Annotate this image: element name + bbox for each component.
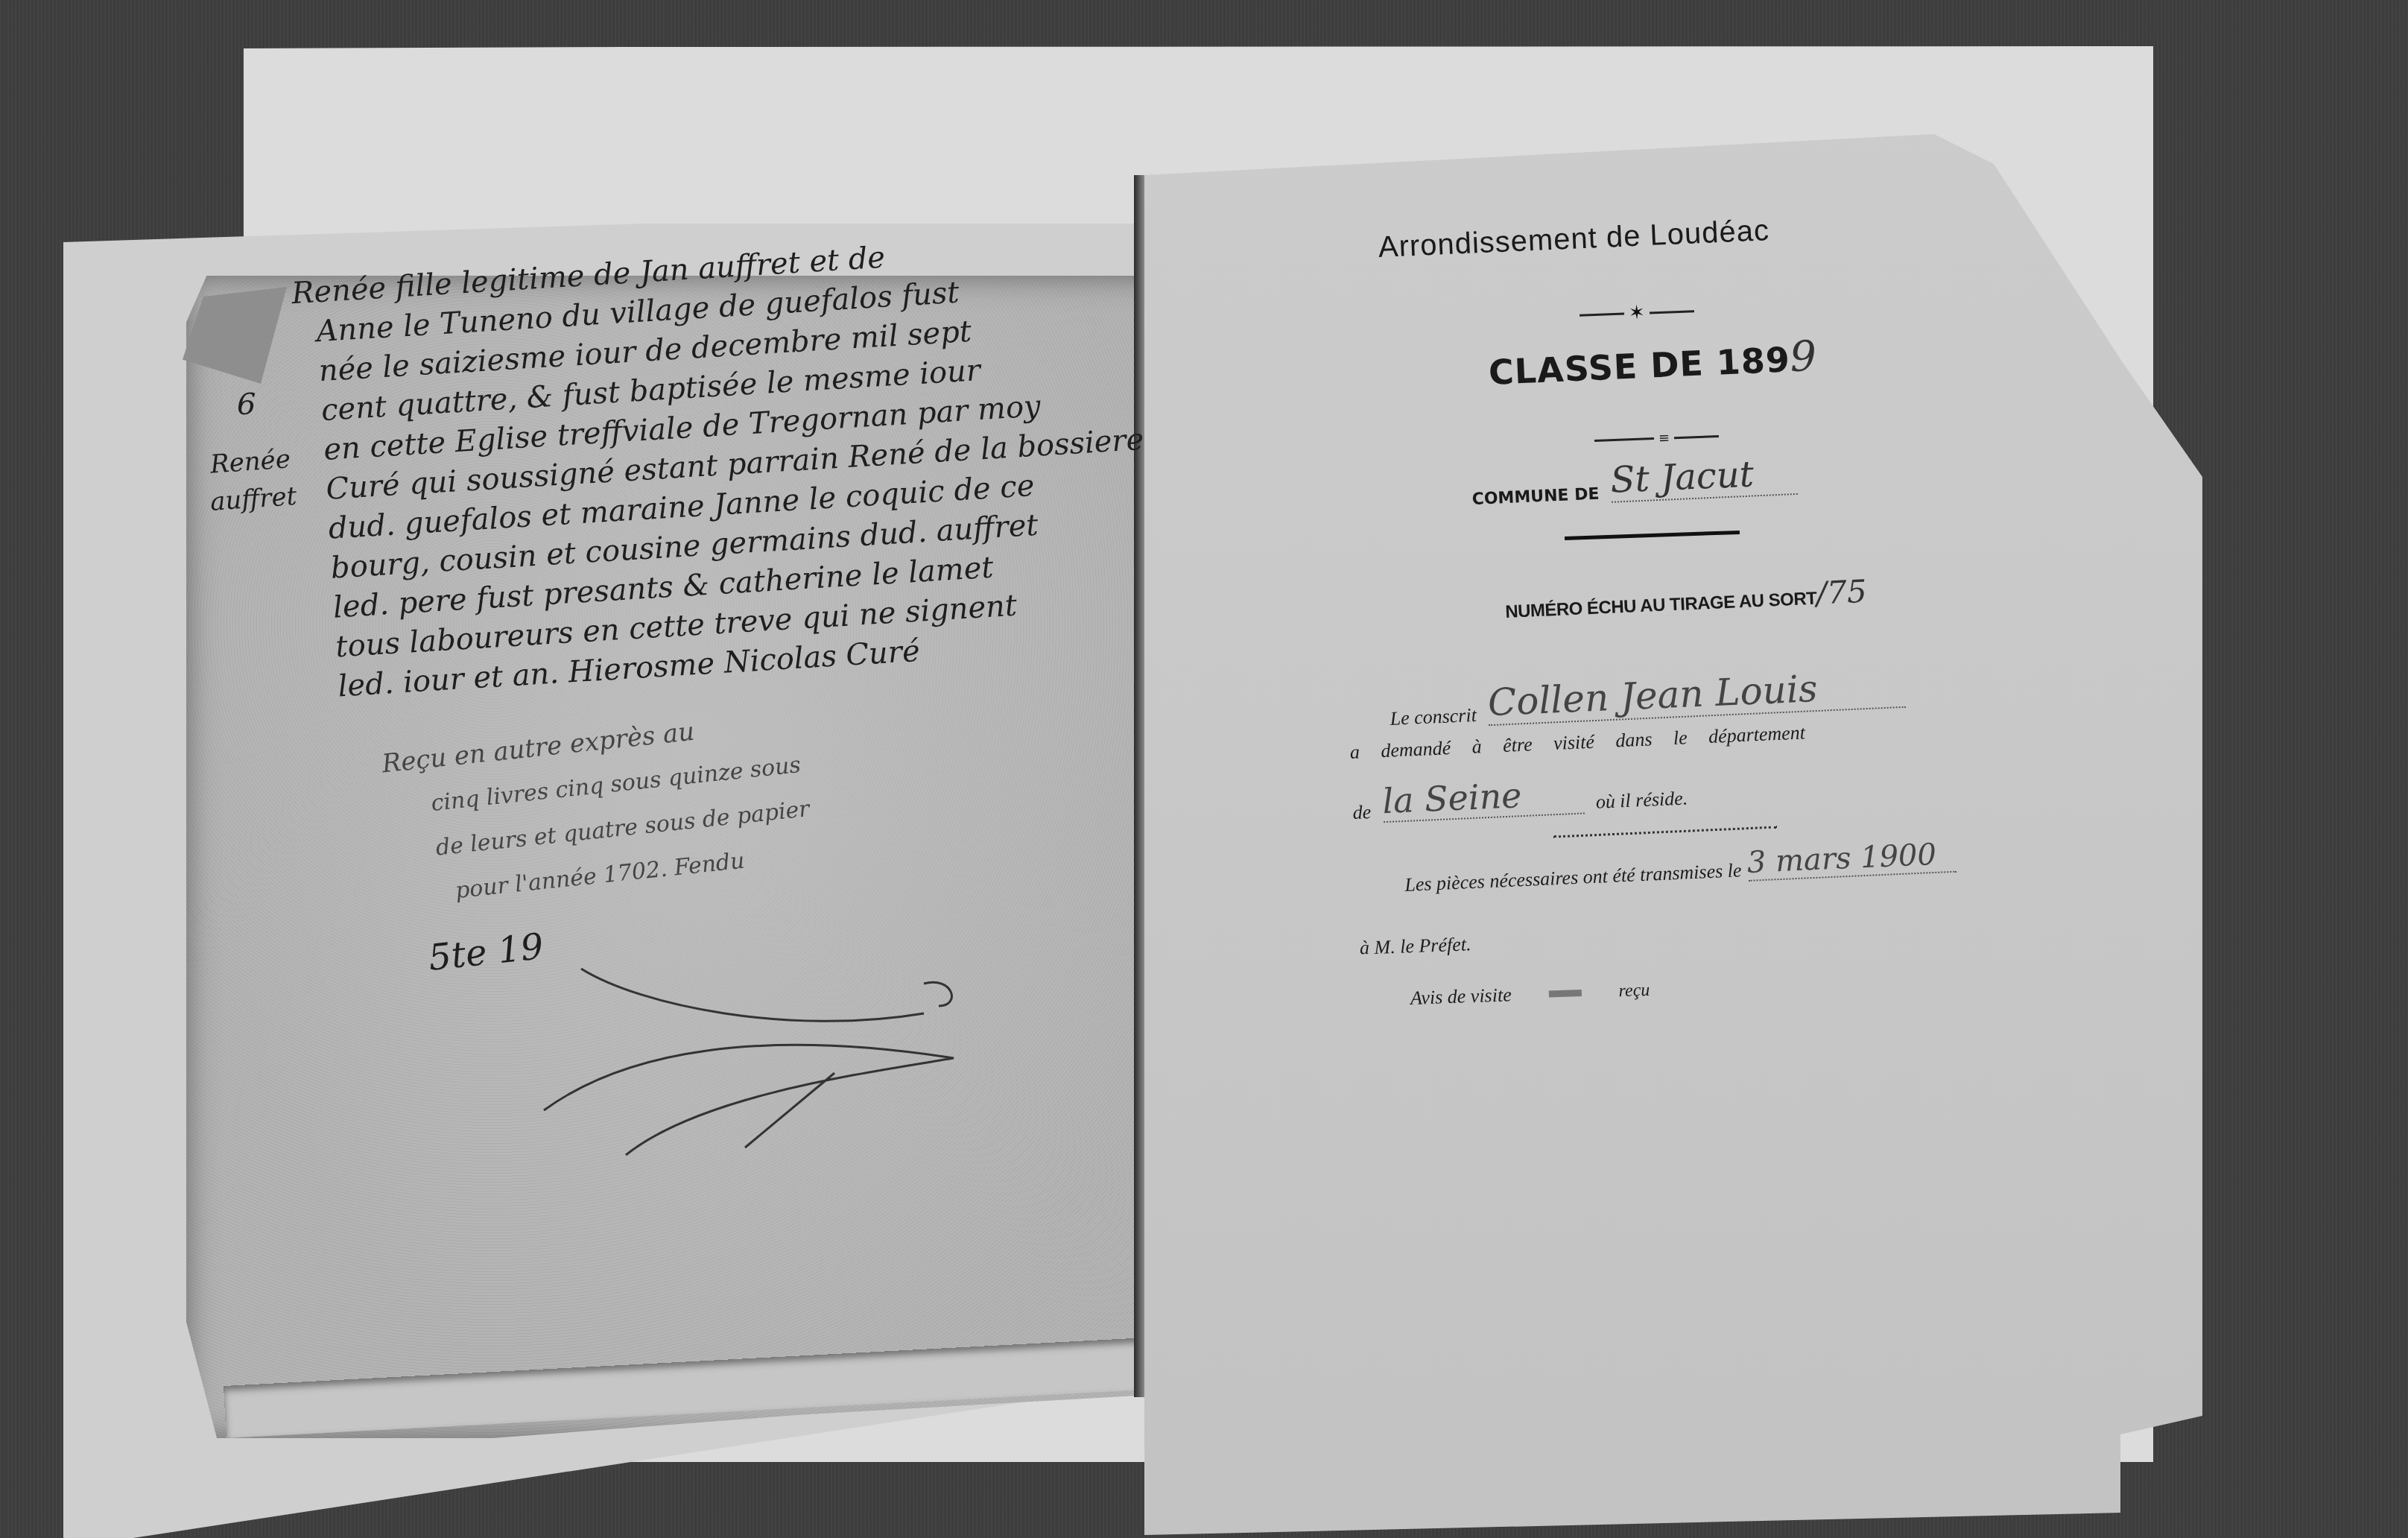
ornament-icon: ≡ xyxy=(1658,430,1670,446)
de-label: de xyxy=(1352,801,1372,824)
handwritten-entry: Renée fille legitime de Jan auffret et d… xyxy=(246,220,1209,711)
reside-text: où il réside. xyxy=(1595,787,1688,813)
margin-note-name: Renée xyxy=(209,444,291,479)
classe-year-digit: 9 xyxy=(1789,332,1817,382)
redaction-mark xyxy=(1548,989,1581,997)
conscrit-label: Le conscrit xyxy=(1390,704,1477,730)
margin-note-number: 6 xyxy=(237,387,256,422)
avis-label: Avis de visite xyxy=(1410,984,1512,1010)
margin-note-surname: auffret xyxy=(209,481,298,517)
ornament-divider: ✶ xyxy=(1580,300,1695,326)
star-ornament-icon: ✶ xyxy=(1628,302,1645,325)
avis-recu: reçu xyxy=(1618,980,1650,1001)
prefet-text: à M. le Préfet. xyxy=(1360,933,1471,959)
signature-flourish xyxy=(477,961,1043,1185)
commune-value: St Jacut xyxy=(1609,452,1797,503)
departement-value: la Seine xyxy=(1381,772,1584,823)
numero-value: /75 xyxy=(1816,573,1868,612)
